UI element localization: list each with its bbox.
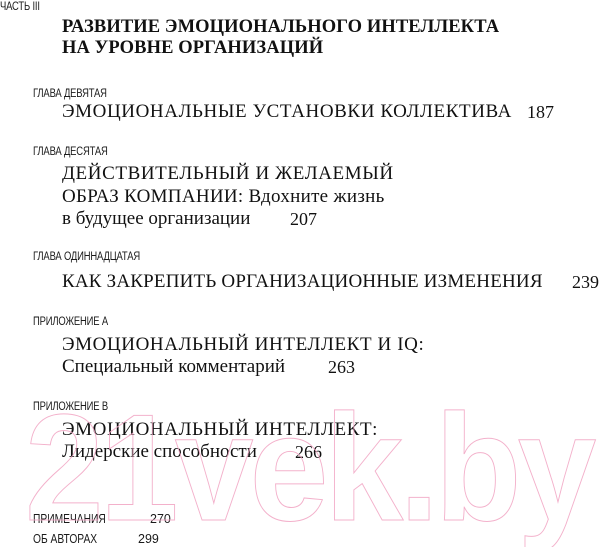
about-authors-label: ОБ АВТОРАХ	[33, 532, 97, 546]
part-label: ЧАСТЬ III	[0, 1, 40, 13]
chapter-label: ГЛАВА ДЕСЯТАЯ	[33, 146, 108, 158]
page-number: 299	[138, 532, 159, 546]
appendix-label: ПРИЛОЖЕНИЕ В	[33, 401, 108, 413]
chapter-title-line: ДЕЙСТВИТЕЛЬНЫЙ И ЖЕЛАЕМЫЙ	[62, 163, 394, 185]
notes-label: ПРИМЕЧАНИЯ	[33, 512, 106, 526]
page-number: 263	[328, 357, 355, 378]
page-number: 270	[150, 512, 171, 526]
appendix-title-line: Лидерские способности	[62, 441, 257, 463]
appendix-title-line: ЭМОЦИОНАЛЬНЫЙ ИНТЕЛЛЕКТ:	[62, 419, 378, 441]
part-title-line-2: НА УРОВНЕ ОРГАНИЗАЦИЙ	[62, 38, 323, 59]
appendix-title-line: ЭМОЦИОНАЛЬНЫЙ ИНТЕЛЛЕКТ И IQ:	[62, 334, 424, 356]
page-number: 239	[572, 272, 599, 293]
chapter-title-line: ЭМОЦИОНАЛЬНЫЕ УСТАНОВКИ КОЛЛЕКТИВА	[62, 101, 512, 123]
chapter-label: ГЛАВА ДЕВЯТАЯ	[33, 88, 107, 100]
appendix-label: ПРИЛОЖЕНИЕ А	[33, 316, 108, 328]
page-number: 266	[295, 442, 322, 463]
chapter-title-line: ОБРАЗ КОМПАНИИ: Вдохните жизнь	[62, 186, 385, 208]
page-number: 187	[527, 102, 554, 123]
chapter-title-line: в будущее организации	[62, 208, 250, 230]
chapter-title-line: КАК ЗАКРЕПИТЬ ОРГАНИЗАЦИОННЫЕ ИЗМЕНЕНИЯ	[62, 271, 543, 293]
appendix-title-line: Специальный комментарий	[62, 356, 285, 378]
page-number: 207	[290, 209, 317, 230]
watermark-logo: 21vek.by	[25, 392, 593, 544]
part-title-line-1: РАЗВИТИЕ ЭМОЦИОНАЛЬНОГО ИНТЕЛЛЕКТА	[62, 17, 499, 38]
chapter-label: ГЛАВА ОДИННАДЦАТАЯ	[33, 251, 140, 263]
